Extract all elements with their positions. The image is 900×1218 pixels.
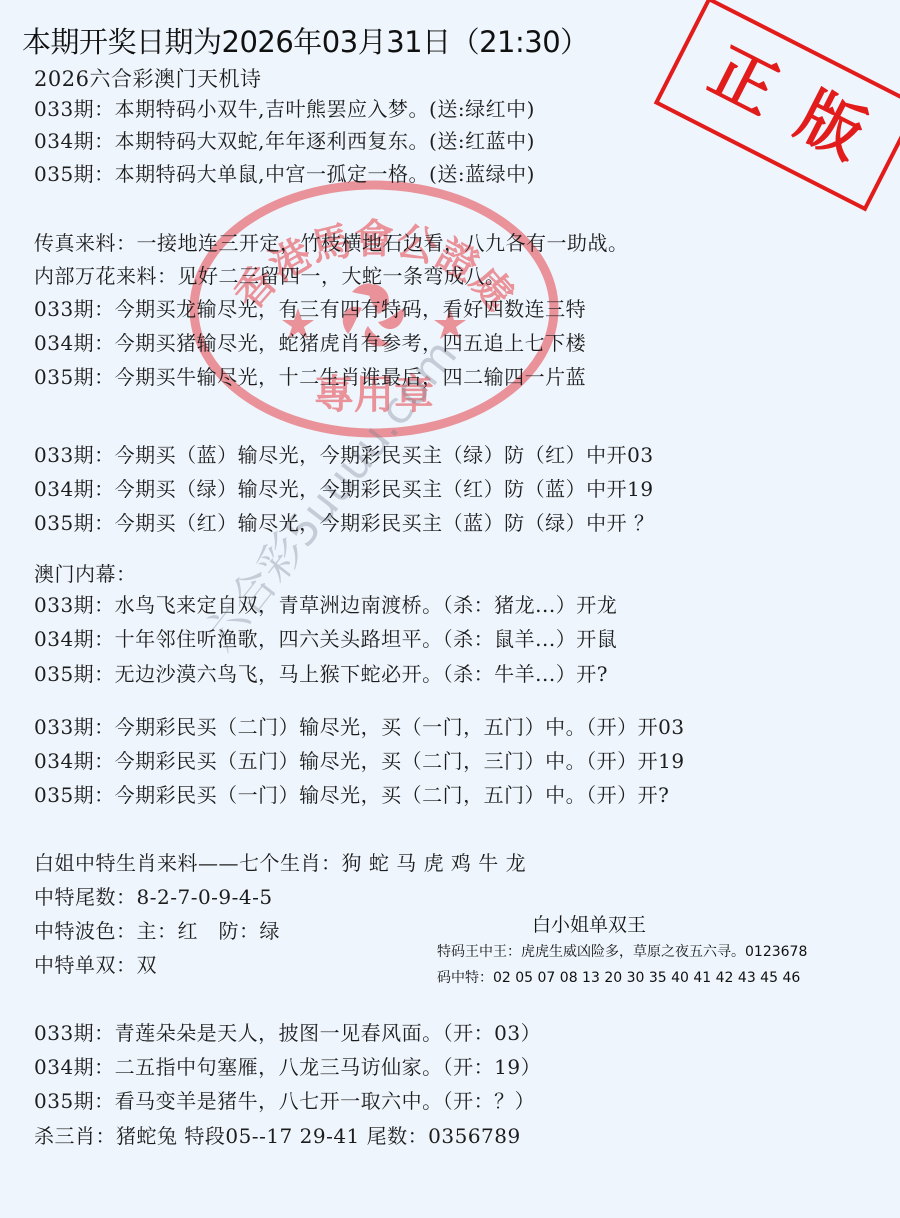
list-item: 034期：今期买猪输尽光，蛇猪虎肖有参考，四五追上七下楼 [34,330,586,356]
subtitle: 2026六合彩澳门天机诗 [34,66,261,92]
list-item: 035期：今期买牛输尽光，十二生肖谁最后，四二输四一片蓝 [34,364,586,390]
authentic-stamp: 正 版 [654,0,900,211]
page-title: 本期开奖日期为2026年03月31日（21:30） [22,24,589,60]
list-item: 033期：今期买龙输尽光，有三有四有特码，看好四数连三特 [34,296,586,322]
section-title: 澳门内幕： [34,561,137,587]
list-item: 034期：本期特码大双蛇,年年逐利西复东。(送:红蓝中) [34,128,535,154]
fax-line: 传真来料：一接地连三开定，竹枝横地石边看，八九各有一助战。 [34,230,629,256]
list-item: 035期：本期特码大单鼠,中宫一孤定一格。(送:蓝绿中) [34,161,535,187]
list-item: 034期：二五指中句塞雁，八龙三马访仙家。（开：19） [34,1054,541,1080]
list-item: 033期：水鸟飞来定自双，青草洲边南渡桥。（杀：猪龙...）开龙 [34,592,617,618]
stamp-char: 正 [700,39,786,125]
list-item: 033期：今期买（蓝）输尽光，今期彩民买主（绿）防（红）中开03 [34,442,654,468]
list-item: 035期：无边沙漠六鸟飞，马上猴下蛇必开。（杀：牛羊...）开? [34,661,608,687]
numbers-line: 码中特：02 05 07 08 13 20 30 35 40 41 42 43 … [437,967,800,987]
list-item: 034期：今期买（绿）输尽光，今期彩民买主（红）防（蓝）中开19 [34,476,654,502]
odd-even-line: 中特单双：双 [34,952,157,978]
inner-line: 内部万花来料：见好二三留四一，大蛇一条弯成八。 [34,263,506,289]
list-item: 035期：看马变羊是猪牛，八七开一取六中。（开：？） [34,1088,535,1114]
list-item: 034期：今期彩民买（五门）输尽光，买（二门，三门）中。（开）开19 [34,748,685,774]
list-item: 033期：青莲朵朵是天人，披图一见春风面。（开：03） [34,1020,541,1046]
wave-line: 中特波色：主：红 防：绿 [34,918,280,944]
stamp-char: 版 [788,83,874,169]
list-item: 035期：今期买（红）输尽光，今期彩民买主（蓝）防（绿）中开 ？ [34,510,655,536]
kill-line: 杀三肖：猪蛇兔 特段05--17 29-41 尾数：0356789 [34,1123,521,1149]
list-item: 033期：本期特码小双牛,吉叶熊罢应入梦。(送:绿红中) [34,96,535,122]
list-item: 033期：今期彩民买（二门）输尽光，买（一门，五门）中。（开）开03 [34,714,685,740]
king-line: 特码王中王：虎虎生威凶险多，草原之夜五六寻。0123678 [437,941,807,961]
box-title: 白小姐单双王 [532,910,646,937]
zodiac-line: 白姐中特生肖来料——七个生肖：狗 蛇 马 虎 鸡 牛 龙 [34,850,526,876]
list-item: 034期：十年邻住听渔歌，四六关头路坦平。（杀：鼠羊...）开鼠 [34,626,617,652]
tail-line: 中特尾数：8-2-7-0-9-4-5 [34,884,273,910]
list-item: 035期：今期彩民买（一门）输尽光，买（二门，五门）中。（开）开? [34,782,669,808]
